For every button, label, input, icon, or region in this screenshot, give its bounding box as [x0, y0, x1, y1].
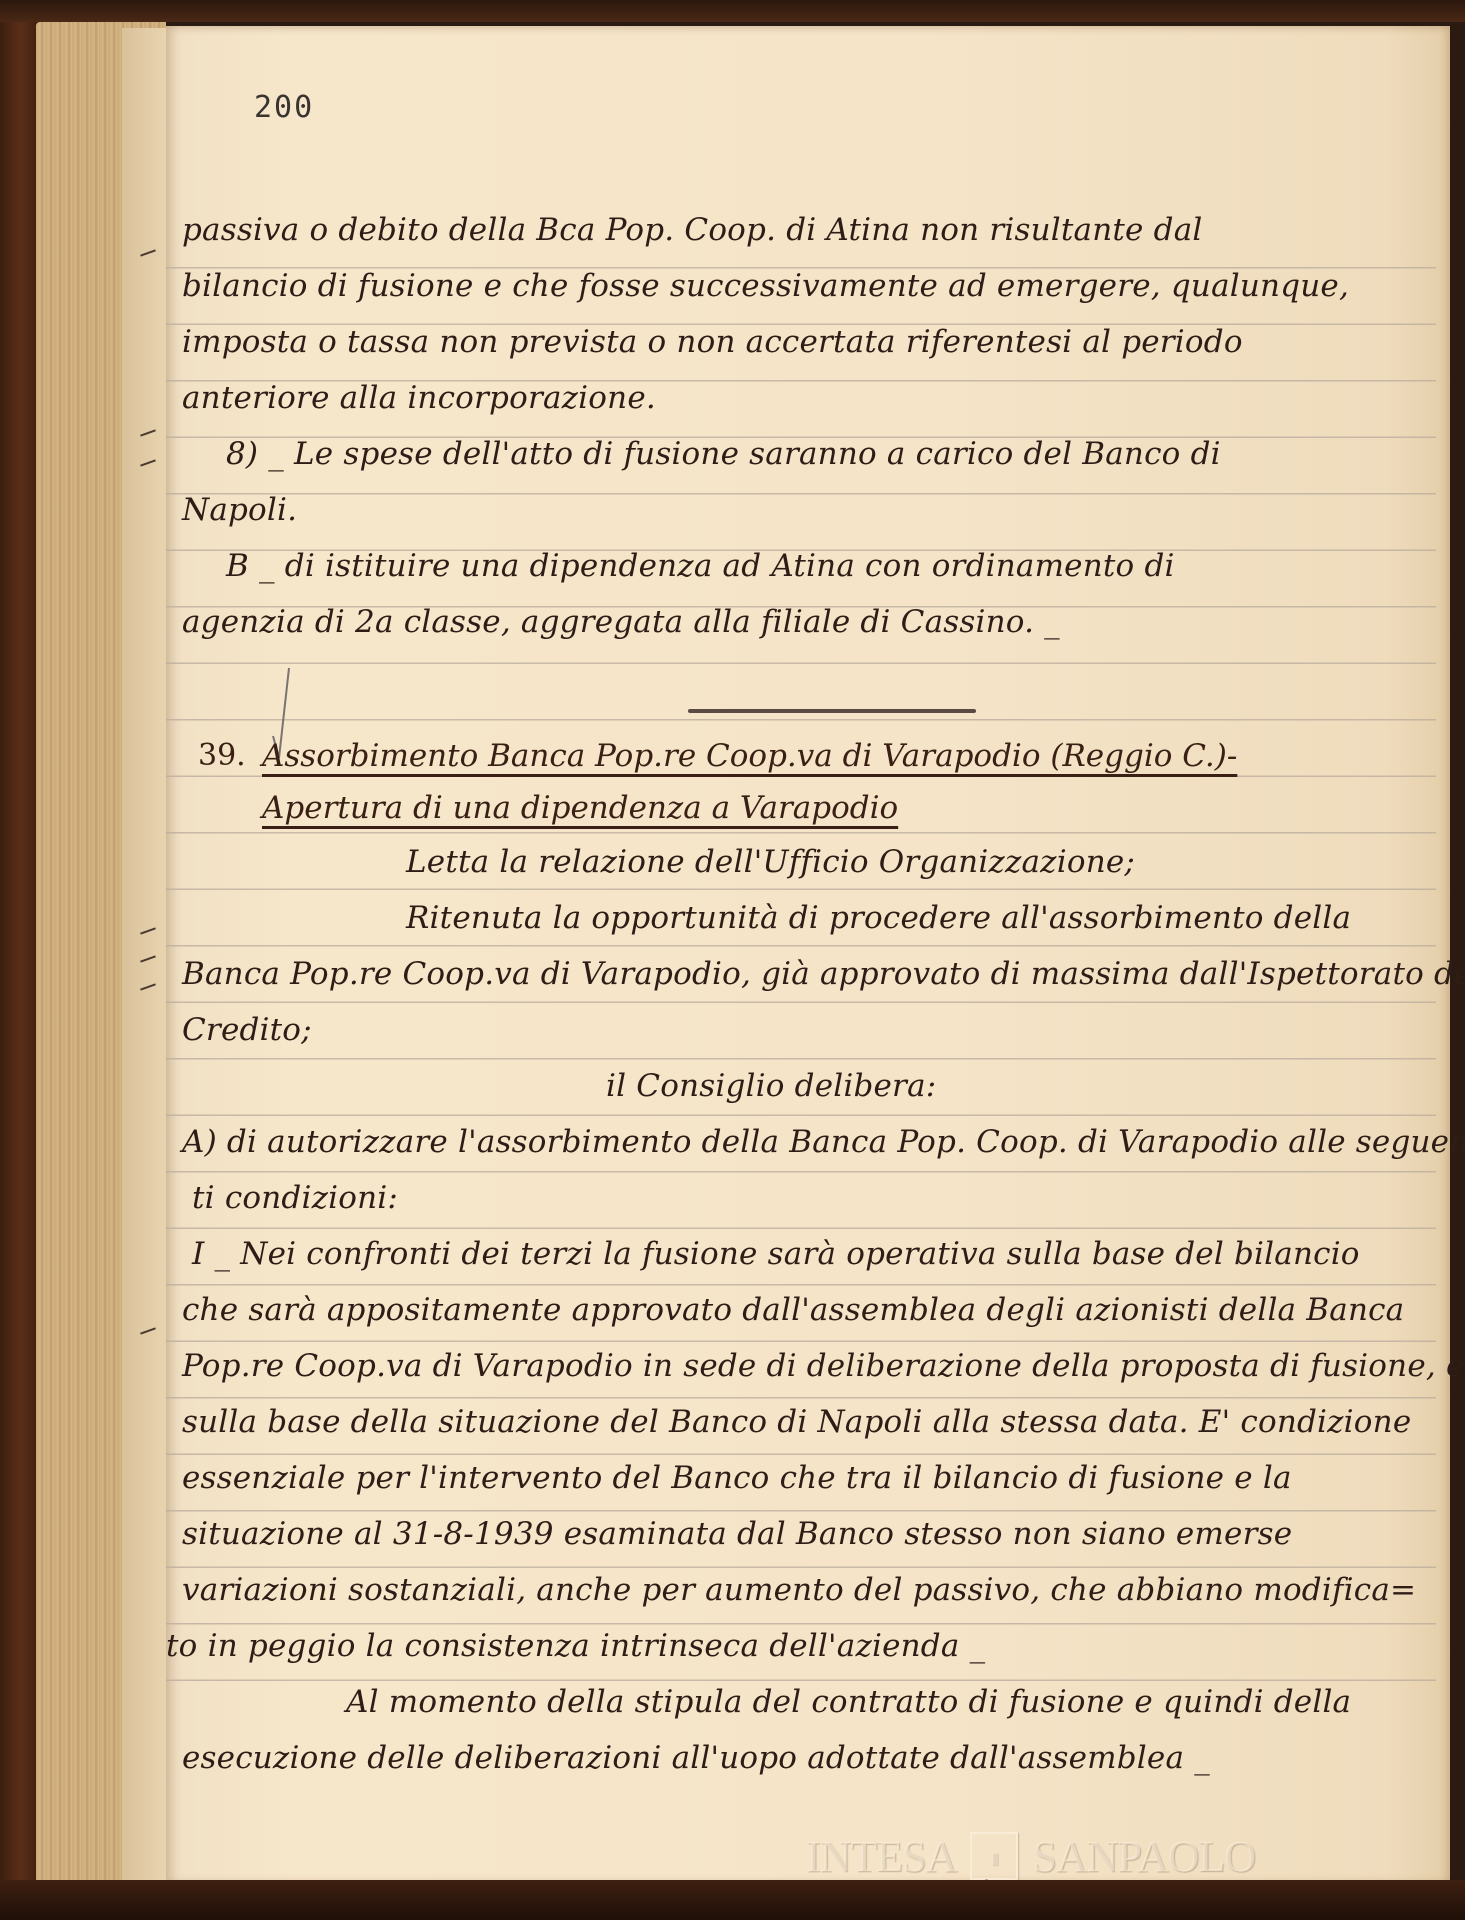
bank-logo-icon: ⫴: [970, 1832, 1018, 1880]
text-line: Banca Pop.re Coop.va di Varapodio, già a…: [182, 956, 1465, 992]
page-number: 200: [254, 90, 314, 125]
ledger-page: 200 passiva o debito della Bca Pop. Coop…: [166, 26, 1450, 1884]
pencil-mark: [140, 249, 156, 256]
text-line: che sarà appositamente approvato dall'as…: [182, 1292, 1404, 1328]
text-line: ti condizioni:: [192, 1180, 398, 1216]
text-line: to in peggio la consistenza intrinseca d…: [166, 1628, 985, 1664]
item-subtitle: Apertura di una dipendenza a Varapodio: [262, 790, 898, 826]
item-number: 39.: [198, 738, 246, 773]
pencil-mark: [140, 429, 156, 436]
section-divider: [688, 709, 976, 713]
pencil-mark: [140, 983, 156, 990]
text-line: Ritenuta la opportunità di procedere all…: [406, 900, 1351, 936]
text-line: A) di autorizzare l'assorbimento della B…: [182, 1124, 1465, 1160]
intesa-sanpaolo-watermark: INTESA ⫴ SANPAOLO: [806, 1826, 1255, 1886]
text-line: I _ Nei confronti dei terzi la fusione s…: [192, 1236, 1360, 1272]
text-line: B _ di istituire una dipendenza ad Atina…: [226, 548, 1175, 584]
pencil-mark: [140, 955, 156, 962]
book-cover-bottom-edge: [0, 1880, 1465, 1920]
text-line: Credito;: [182, 1012, 312, 1048]
text-line: 8) _ Le spese dell'atto di fusione saran…: [226, 436, 1221, 472]
watermark-right-text: SANPAOLO: [1032, 1831, 1255, 1882]
text-line: esecuzione delle deliberazioni all'uopo …: [182, 1740, 1210, 1776]
logo-glyph: ⫴: [992, 1852, 998, 1870]
text-line: agenzia di 2a classe, aggregata alla fil…: [182, 604, 1060, 640]
text-line: Pop.re Coop.va di Varapodio in sede di d…: [182, 1348, 1465, 1384]
text-line: bilancio di fusione e che fosse successi…: [182, 268, 1349, 304]
margin-pencil-marks: [130, 0, 170, 1920]
item-title: Assorbimento Banca Pop.re Coop.va di Var…: [262, 738, 1237, 774]
resolution-heading: il Consiglio delibera:: [606, 1068, 936, 1104]
pencil-mark: [140, 1327, 156, 1334]
text-line: variazioni sostanziali, anche per aument…: [182, 1572, 1416, 1608]
pencil-mark: [140, 459, 156, 466]
text-line: imposta o tassa non prevista o non accer…: [182, 324, 1243, 360]
text-line: situazione al 31-8-1939 esaminata dal Ba…: [182, 1516, 1292, 1552]
text-line: Napoli.: [182, 492, 297, 528]
text-line: anteriore alla incorporazione.: [182, 380, 656, 416]
text-line: sulla base della situazione del Banco di…: [182, 1404, 1411, 1440]
pencil-mark: [140, 927, 156, 934]
text-line: Al momento della stipula del contratto d…: [346, 1684, 1351, 1720]
book-cover-top-edge: [0, 0, 1465, 22]
watermark-left-text: INTESA: [806, 1831, 956, 1882]
text-line: Letta la relazione dell'Ufficio Organizz…: [406, 844, 1135, 880]
text-line: essenziale per l'intervento del Banco ch…: [182, 1460, 1292, 1496]
text-line: passiva o debito della Bca Pop. Coop. di…: [182, 212, 1203, 248]
